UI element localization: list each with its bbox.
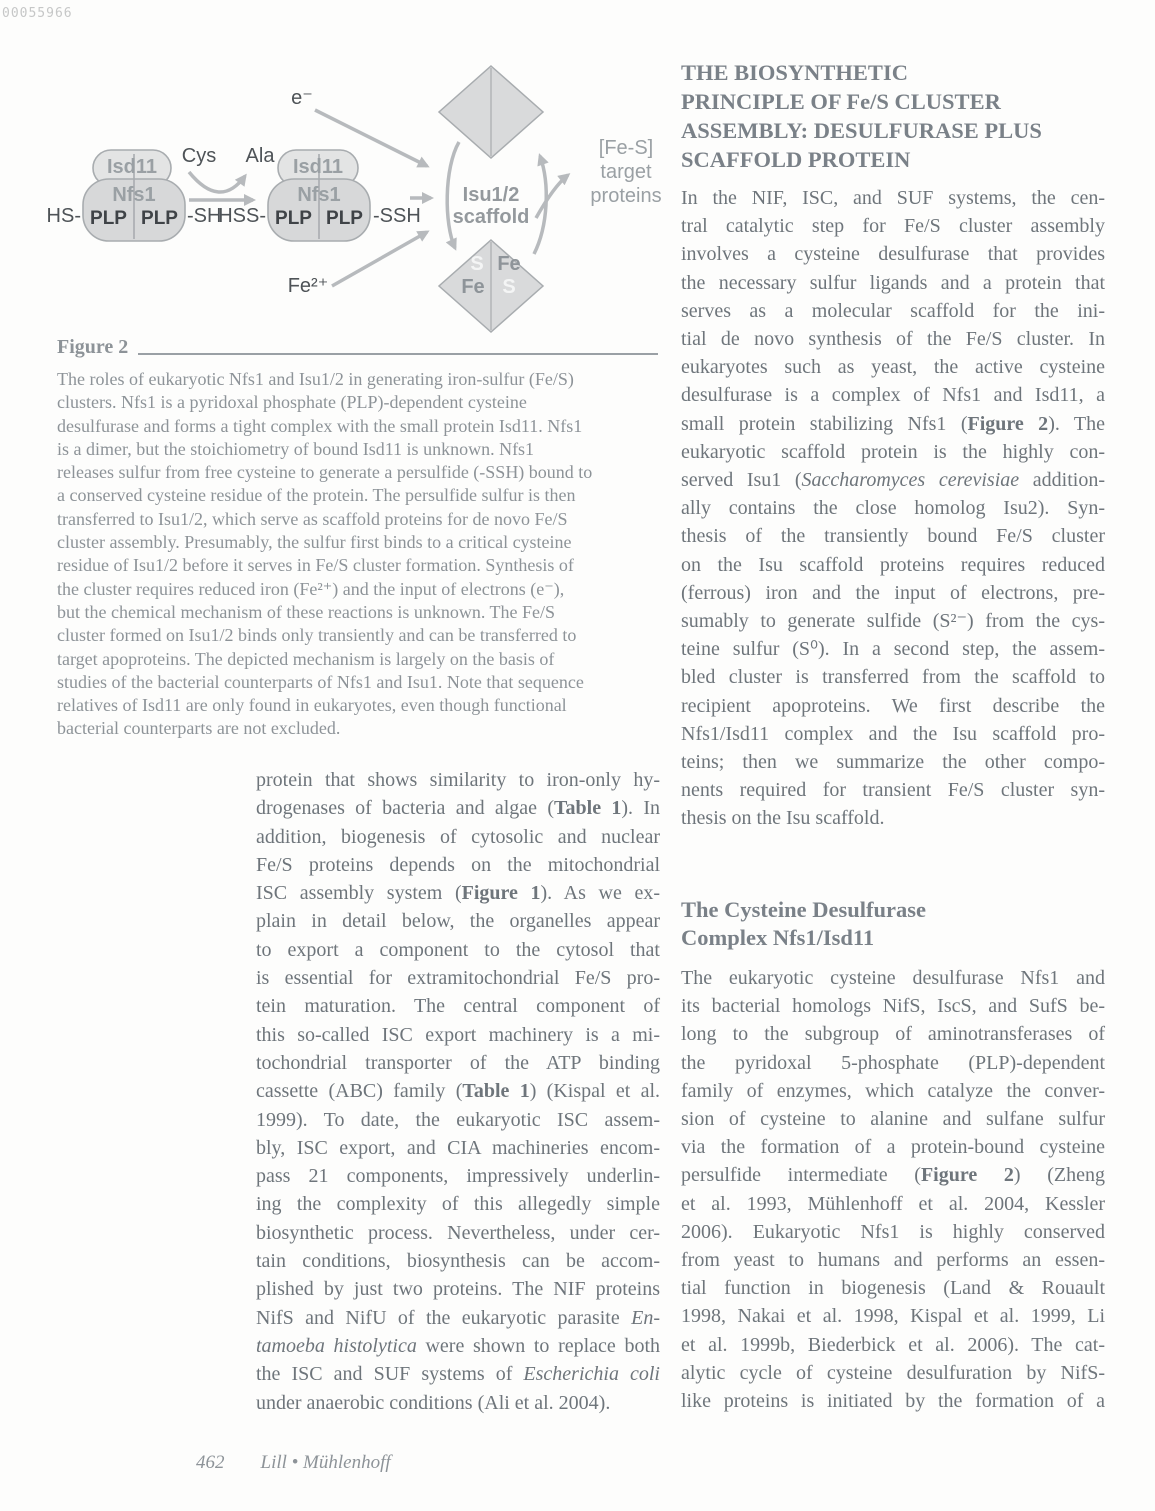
text-line: The roles of eukaryotic Nfs1 and Isu1/2 … (57, 368, 661, 391)
text-line: the ISC and SUF systems of Escherichia c… (256, 1360, 660, 1388)
text-line: et al. 1993, Mühlenhoff et al. 2004, Kes… (681, 1190, 1105, 1218)
sulfur-label: S (494, 276, 524, 299)
text-line: biosynthetic process. Nevertheless, unde… (256, 1219, 660, 1247)
page-footer: 462 Lill • Mühlenhoff (196, 1452, 391, 1474)
text-line: persulfide intermediate (Figure 2) (Zhen… (681, 1161, 1105, 1189)
plp-label: PLP (268, 208, 319, 230)
text-line: addition, biogenesis of cytosolic and nu… (256, 823, 660, 851)
text-line: via the formation of a protein-bound cys… (681, 1133, 1105, 1161)
text-line: its bacterial homologs NifS, IscS, and S… (681, 992, 1105, 1020)
isd11-label-2: Isd11 (278, 157, 358, 177)
text-line: ing the complexity of this allegedly sim… (256, 1190, 660, 1218)
electron-label: e⁻ (282, 88, 322, 108)
text-line: served Isu1 (Saccharomyces cerevisiae ad… (681, 466, 1105, 494)
iron-label: Fe (458, 276, 488, 299)
text-line: pass 21 components, impressively underli… (256, 1162, 660, 1190)
hs-group-label: HS- (42, 206, 81, 226)
figure-2-diagram: Isd11 Nfs1 PLP PLP HS- -SH Cys Ala Isd11… (42, 58, 674, 338)
text-line: ISC assembly system (Figure 1). As we ex… (256, 879, 660, 907)
text-line: from yeast to humans and performs an ess… (681, 1246, 1105, 1274)
right-column-paragraph-2: The eukaryotic cysteine desulfurase Nfs1… (681, 964, 1105, 1415)
target-transfer-arrow (536, 175, 568, 218)
text-line: is a dimer, but the stoichiometry of bou… (57, 438, 661, 461)
text-line: under anaerobic conditions (Ali et al. 2… (256, 1389, 660, 1417)
text-line: The Cysteine Desulfurase (681, 896, 1105, 924)
text-line: the pyridoxal 5-phosphate (PLP)-dependen… (681, 1049, 1105, 1077)
text-line: Nfs1/Isd11 complex and the Isu scaffold … (681, 720, 1105, 748)
text-line: the cluster requires reduced iron (Fe²⁺)… (57, 578, 661, 601)
text-line: 2006). Eukaryotic Nfs1 is highly conserv… (681, 1218, 1105, 1246)
text-line: teine sulfur (S⁰). In a second step, the… (681, 635, 1105, 663)
text-line: NifS and NifU of the eukaryotic parasite… (256, 1304, 660, 1332)
text-line: The eukaryotic cysteine desulfurase Nfs1… (681, 964, 1105, 992)
text-line: the necessary sulfur ligands and a prote… (681, 269, 1105, 297)
sulfur-label: S (462, 253, 492, 276)
text-line: desulfurase and forms a tight complex wi… (57, 415, 661, 438)
text-line: cluster formed on Isu1/2 binds only tran… (57, 624, 661, 647)
text-line: recipient apoproteins. We first describe… (681, 692, 1105, 720)
text-line: releases sulfur from free cysteine to ge… (57, 461, 661, 484)
text-line: tial function in biogenesis (Land & Roua… (681, 1274, 1105, 1302)
text-line: tein maturation. The central component o… (256, 992, 660, 1020)
hss-group-label: HSS- (210, 206, 266, 226)
figure-caption: The roles of eukaryotic Nfs1 and Isu1/2 … (57, 368, 661, 741)
caption-rule (138, 353, 658, 355)
text-line: 1998, Nakai et al. 1998, Kispal et al. 1… (681, 1302, 1105, 1330)
text-line: THE BIOSYNTHETIC (681, 58, 1105, 87)
text-line: but the chemical mechanism of these reac… (57, 601, 661, 624)
text-line: involves a cysteine desulfurase that pro… (681, 240, 1105, 268)
text-line: cluster assembly. Presumably, the sulfur… (57, 531, 661, 554)
running-footer: Lill • Mühlenhoff (261, 1452, 391, 1474)
ferrous-iron-label: Fe²⁺ (278, 276, 338, 296)
text-line: serves as a molecular scaffold for the i… (681, 297, 1105, 325)
text-line: [Fe-S] (576, 136, 676, 160)
cys-label: Cys (176, 146, 222, 166)
text-line: eukaryotic scaffold protein is the highl… (681, 438, 1105, 466)
text-line: PRINCIPLE OF Fe/S CLUSTER (681, 87, 1105, 116)
text-line: studies of the bacterial counterparts of… (57, 671, 661, 694)
text-line: plain in detail below, the organelles ap… (256, 907, 660, 935)
text-line: SCAFFOLD PROTEIN (681, 145, 1105, 174)
text-line: bly, ISC export, and CIA machineries enc… (256, 1134, 660, 1162)
text-line: Complex Nfs1/Isd11 (681, 924, 1105, 952)
text-line: to export a component to the cytosol tha… (256, 936, 660, 964)
scaffold-label: Isu1/2 scaffold (442, 184, 540, 228)
text-line: tral catalytic step for Fe/S cluster ass… (681, 212, 1105, 240)
text-line: sumably to generate sulfide (S²⁻) from t… (681, 607, 1105, 635)
figure-caption-header: Figure 2 (57, 336, 658, 359)
figure-label: Figure 2 (57, 336, 128, 359)
ssh-group-label: -SSH (373, 206, 421, 226)
text-line: clusters. Nfs1 is a pyridoxal phosphate … (57, 391, 661, 414)
right-column-paragraph-1: In the NIF, ISC, and SUF systems, the ce… (681, 184, 1105, 833)
text-line: tain conditions, biosynthesis can be acc… (256, 1247, 660, 1275)
left-column-paragraph: protein that shows similarity to iron-on… (256, 766, 660, 1417)
section-heading: THE BIOSYNTHETICPRINCIPLE OF Fe/S CLUSTE… (681, 58, 1105, 174)
text-line: teins; then we summarize the other compo… (681, 748, 1105, 776)
text-line: target (576, 160, 676, 184)
text-line: thesis of the transiently bound Fe/S clu… (681, 522, 1105, 550)
text-line: like proteins is initiated by the format… (681, 1387, 1105, 1415)
text-line: drogenases of bacteria and algae (Table … (256, 794, 660, 822)
text-line: tochondrial transporter of the ATP bindi… (256, 1049, 660, 1077)
text-line: on the Isu scaffold proteins requires re… (681, 551, 1105, 579)
text-line: transferred to Isu1/2, which serve as sc… (57, 508, 661, 531)
text-line: cassette (ABC) family (Table 1) (Kispal … (256, 1077, 660, 1105)
text-line: relatives of Isd11 are only found in euk… (57, 694, 661, 717)
plp-label: PLP (319, 208, 370, 230)
text-line: nents required for transient Fe/S cluste… (681, 776, 1105, 804)
text-line: plished by just two proteins. The NIF pr… (256, 1275, 660, 1303)
isd11-label-1: Isd11 (93, 157, 171, 177)
text-line: residue of Isu1/2 before it serves in Fe… (57, 554, 661, 577)
plp-label: PLP (134, 208, 185, 230)
text-line: tial de novo synthesis of the Fe/S clust… (681, 325, 1105, 353)
text-line: is essential for extramitochondrial Fe/S… (256, 964, 660, 992)
text-line: long to the subgroup of aminotransferase… (681, 1020, 1105, 1048)
text-line: a conserved cysteine residue of the prot… (57, 484, 661, 507)
cys-to-ala-arrow (189, 172, 245, 192)
text-line: protein that shows similarity to iron-on… (256, 766, 660, 794)
text-line: alytic cycle of cysteine desulfuration b… (681, 1359, 1105, 1387)
text-line: eukaryotes such as yeast, the active cys… (681, 353, 1105, 381)
text-line: Fe/S proteins depends on the mitochondri… (256, 851, 660, 879)
text-line: bacterial counterparts are not excluded. (57, 717, 661, 740)
text-line: thesis on the Isu scaffold. (681, 804, 1105, 832)
text-line: family of enzymes, which catalyze the co… (681, 1077, 1105, 1105)
subsection-heading: The Cysteine DesulfuraseComplex Nfs1/Isd… (681, 896, 1105, 952)
journal-page: 00055966 (0, 0, 1155, 1511)
text-line: target apoproteins. The depicted mechani… (57, 648, 661, 671)
nfs1-label-1: Nfs1 (83, 185, 185, 205)
iron-label: Fe (494, 253, 524, 276)
ala-label: Ala (238, 146, 282, 166)
target-proteins-label: [Fe-S]targetproteins (576, 136, 676, 208)
text-line: 1999). To date, the eukaryotic ISC assem… (256, 1106, 660, 1134)
text-line: tamoeba histolytica were shown to replac… (256, 1332, 660, 1360)
text-line: ally contains the close homolog Isu2). S… (681, 494, 1105, 522)
text-line: ASSEMBLY: DESULFURASE PLUS (681, 116, 1105, 145)
text-line: this so-called ISC export machinery is a… (256, 1021, 660, 1049)
text-line: desulfurase is a complex of Nfs1 and Isd… (681, 381, 1105, 409)
plp-label: PLP (83, 208, 134, 230)
nfs1-label-2: Nfs1 (268, 185, 370, 205)
text-line: small protein stabilizing Nfs1 (Figure 2… (681, 410, 1105, 438)
text-line: sion of cysteine to alanine and sulfane … (681, 1105, 1105, 1133)
text-line: et al. 1999b, Biederbick et al. 2006). T… (681, 1331, 1105, 1359)
text-line: (ferrous) iron and the input of electron… (681, 579, 1105, 607)
scan-id: 00055966 (2, 6, 73, 21)
plp-row-1: PLP PLP (83, 208, 185, 230)
text-line: proteins (576, 184, 676, 208)
text-line: In the NIF, ISC, and SUF systems, the ce… (681, 184, 1105, 212)
page-number: 462 (196, 1452, 225, 1474)
text-line: bled cluster is transferred from the sca… (681, 663, 1105, 691)
plp-row-2: PLP PLP (268, 208, 370, 230)
